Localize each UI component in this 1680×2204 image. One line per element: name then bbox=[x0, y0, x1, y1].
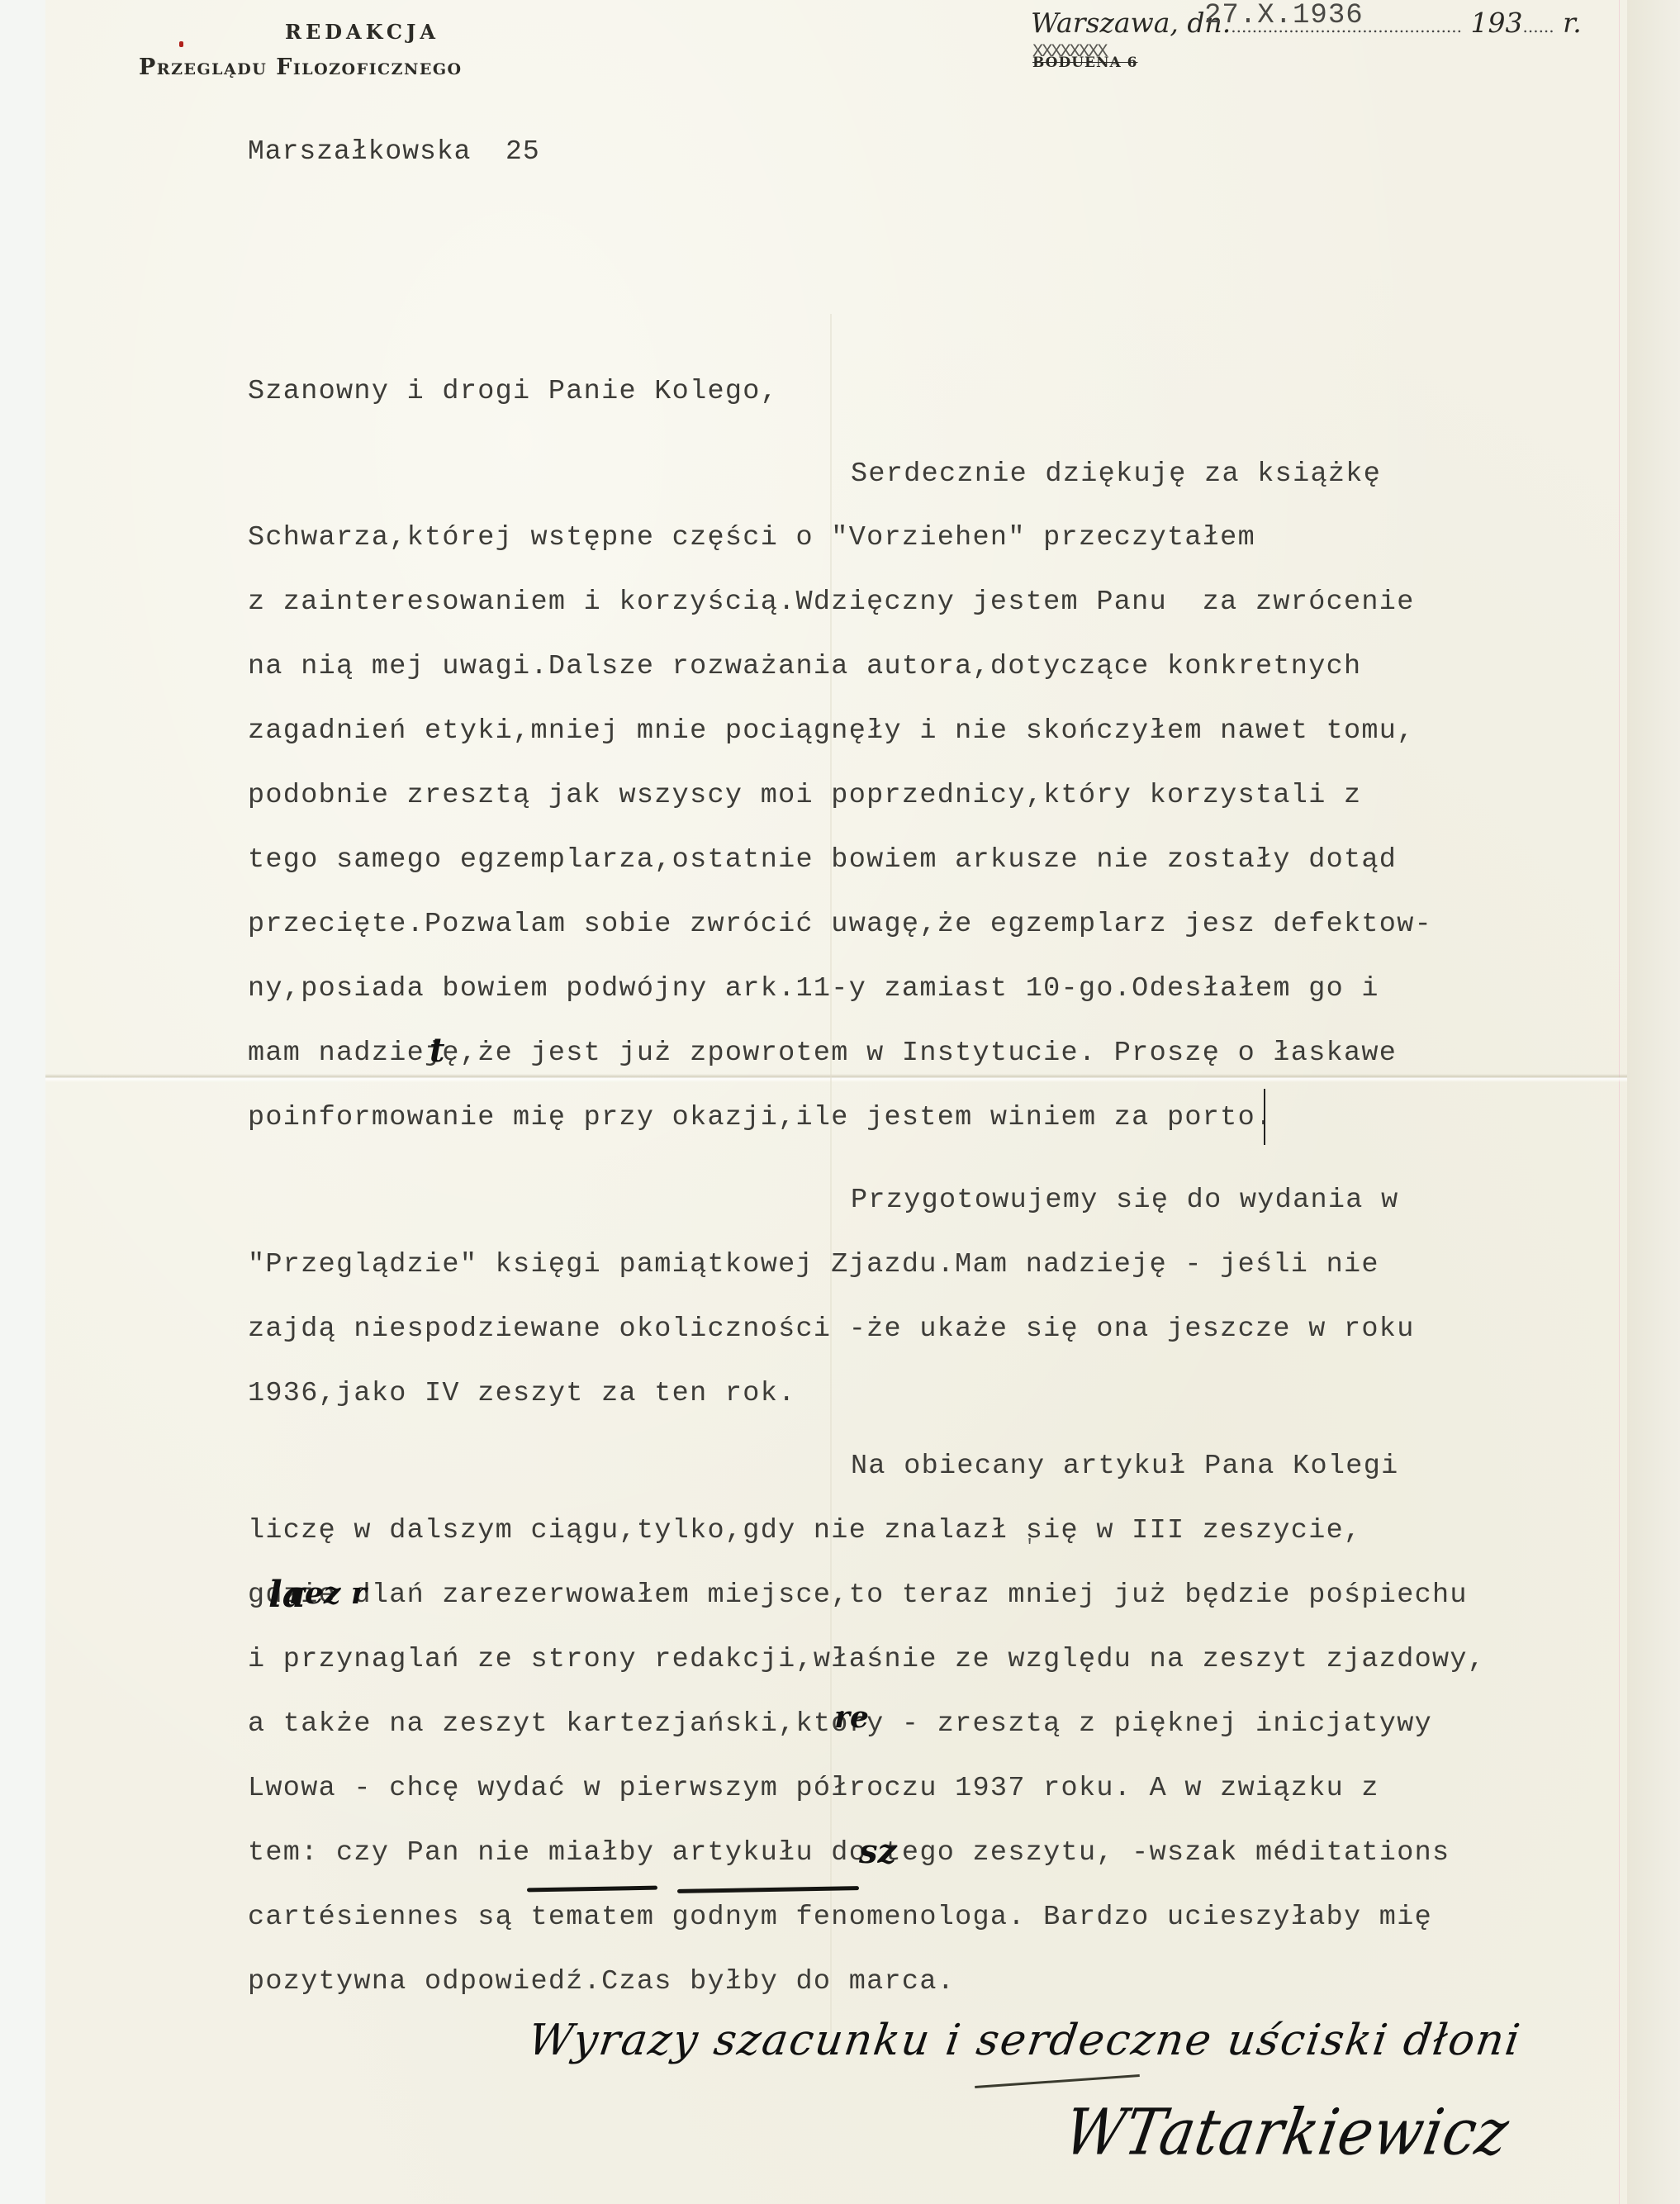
page-edge bbox=[1627, 0, 1680, 2204]
body-line: ny,posiada bowiem podwójny ark.11-y zami… bbox=[248, 973, 1379, 1005]
typed-date: 27.X.1936 bbox=[1204, 0, 1364, 31]
ink-correction-sz: sz bbox=[859, 1832, 896, 1871]
fold-crease-horizontal bbox=[45, 1074, 1627, 1082]
body-line: 1936,jako IV zeszyt za ten rok. bbox=[248, 1378, 796, 1409]
dateline-year: 193 bbox=[1471, 7, 1523, 39]
handwritten-closing: Wyrazy szacunku i serdeczne uściski dłon… bbox=[525, 2016, 1525, 2065]
body-line: Serdecznie dziękuję za książkę bbox=[851, 458, 1381, 490]
body-line: liczę w dalszym ciągu,tylko,gdy nie znal… bbox=[248, 1515, 1361, 1546]
dateline-prefix: Warszawa, dn. bbox=[1031, 7, 1231, 39]
body-line: i przynaglań ze strony redakcji,właśnie … bbox=[248, 1644, 1485, 1675]
dateline-suffix: r. bbox=[1563, 7, 1582, 39]
body-line: pozytywna odpowiedź.Czas byłby do marca. bbox=[248, 1966, 955, 1997]
ink-correction-t: t bbox=[429, 1031, 444, 1070]
body-line: tego samego egzemplarza,ostatnie bowiem … bbox=[248, 844, 1397, 876]
body-line: Na obiecany artykuł Pana Kolegi bbox=[851, 1451, 1399, 1482]
body-line: "Przeglądzie" księgi pamiątkowej Zjazdu.… bbox=[248, 1249, 1379, 1280]
red-ink-dot bbox=[179, 41, 183, 47]
body-line: mam nadzieję,że jest już zpowrotem w Ins… bbox=[248, 1038, 1397, 1069]
body-line: z zainteresowaniem i korzyścią.Wdzięczny… bbox=[248, 587, 1415, 618]
typed-address: Marszałkowska 25 bbox=[248, 136, 540, 167]
body-line: tem: czy Pan nie miałby artykułu do tego… bbox=[248, 1837, 1450, 1869]
dateline-dots-2: ...... bbox=[1523, 17, 1554, 36]
body-line: Lwowa - chcę wydać w pierwszym półroczu … bbox=[248, 1773, 1379, 1804]
ink-correction-rezer: rez r bbox=[289, 1576, 367, 1611]
letterhead-title: Przeglądu Filozoficznego bbox=[139, 55, 463, 80]
letterhead-redakcja: REDAKCJA bbox=[285, 20, 439, 44]
struck-old-address: BODUENA 6 bbox=[1032, 55, 1138, 71]
body-line: zagadnień etyki,mniej mnie pociągnęły i … bbox=[248, 715, 1415, 747]
body-line: poinformowanie mię przy okazji,ile jeste… bbox=[248, 1102, 1273, 1133]
signature: WTatarkiewicz bbox=[1059, 2095, 1515, 2169]
body-line: gdzie dlań zarezerwowałem miejsce,to ter… bbox=[248, 1579, 1468, 1611]
margin-line bbox=[1619, 0, 1620, 2204]
body-line: cartésiennes są tematem godnym fenomenol… bbox=[248, 1902, 1432, 1933]
ink-dot: ' bbox=[1024, 1537, 1035, 1557]
body-line: Przygotowujemy się do wydania w bbox=[851, 1185, 1399, 1216]
body-line: na nią mej uwagi.Dalsze rozważania autor… bbox=[248, 651, 1361, 682]
salutation: Szanowny i drogi Panie Kolego, bbox=[248, 376, 778, 407]
ink-separator-mark bbox=[1264, 1089, 1265, 1145]
body-line: przecięte.Pozwalam sobie zwrócić uwagę,ż… bbox=[248, 909, 1432, 940]
body-line: zajdą niespodziewane okoliczności -że uk… bbox=[248, 1313, 1415, 1345]
ink-correction-re: re bbox=[834, 1700, 869, 1735]
body-line: podobnie zresztą jak wszyscy moi poprzed… bbox=[248, 780, 1361, 811]
body-line: Schwarza,której wstępne części o "Vorzie… bbox=[248, 522, 1255, 553]
